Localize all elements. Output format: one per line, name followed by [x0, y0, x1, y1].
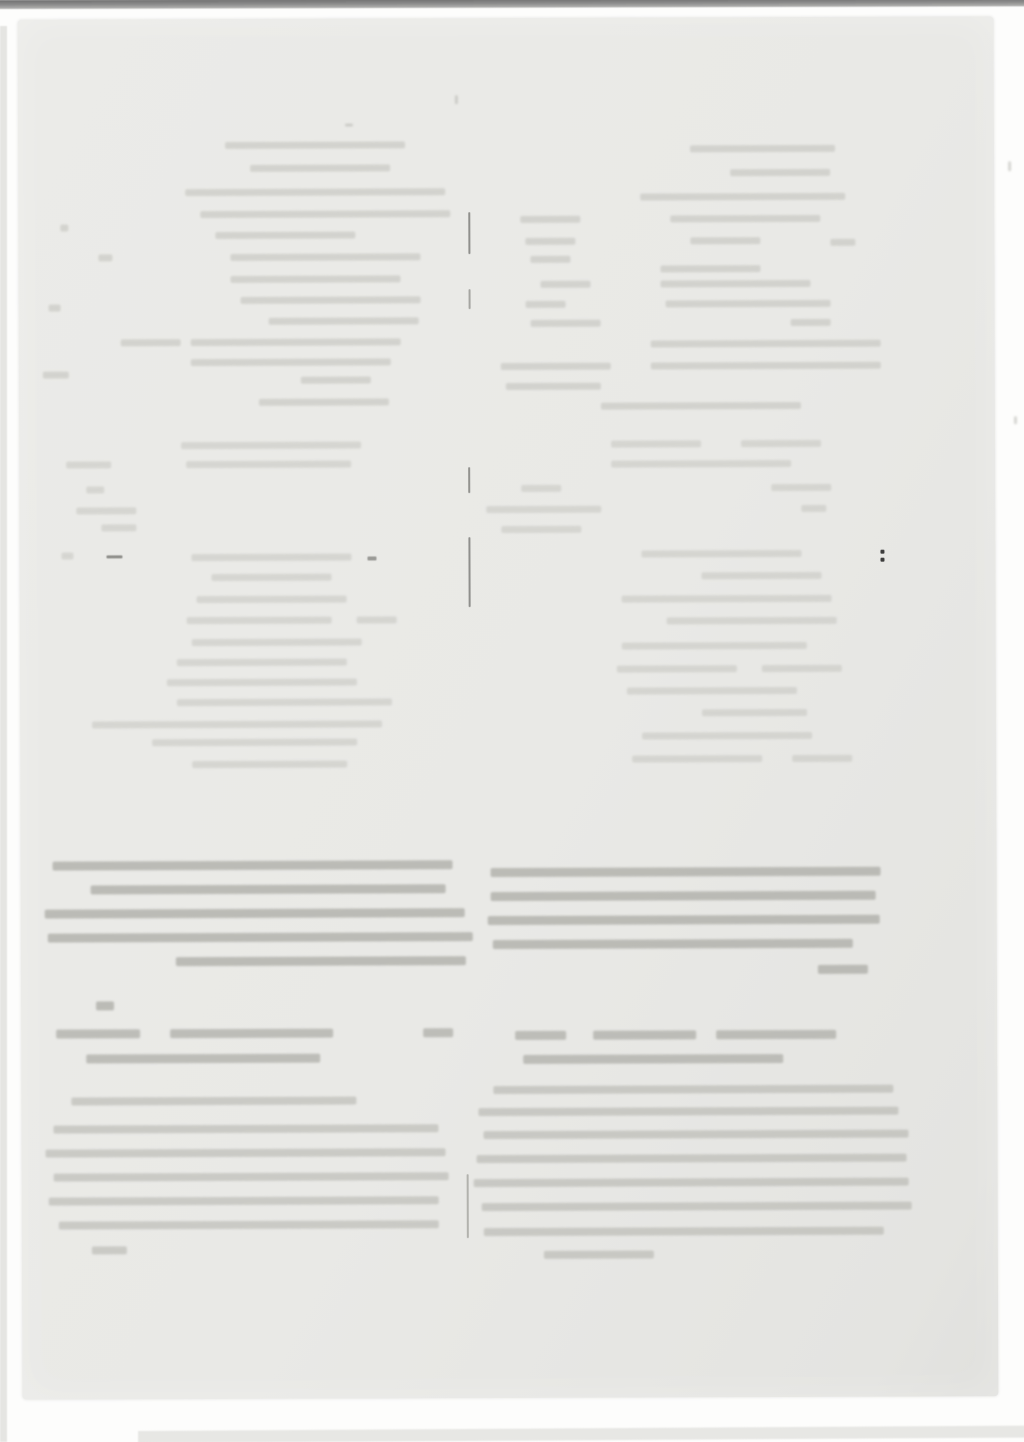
column-divider-segment — [469, 289, 471, 309]
ghost-text-line — [1008, 161, 1011, 171]
stray-specks — [18, 16, 999, 1399]
scan-backdrop — [0, 0, 1024, 1442]
column-divider-segment — [467, 1174, 469, 1238]
adjacent-page-sliver-bottom — [138, 1426, 1024, 1442]
dark-dot — [367, 556, 376, 560]
ghost-text-line — [1014, 416, 1017, 424]
column-divider-segment — [468, 467, 470, 493]
ghost-text-line — [345, 124, 353, 127]
colon-dot-top — [880, 550, 884, 554]
ghost-text-line — [455, 95, 458, 104]
column-divider-segment — [468, 212, 470, 254]
column-divider-segment — [468, 537, 470, 607]
adjacent-page-sliver-left — [0, 26, 7, 1442]
scan-edge-strip-top — [0, 0, 1024, 9]
scanned-page — [18, 16, 999, 1399]
colon-dot-bottom — [880, 558, 884, 562]
dark-dash — [106, 555, 122, 558]
